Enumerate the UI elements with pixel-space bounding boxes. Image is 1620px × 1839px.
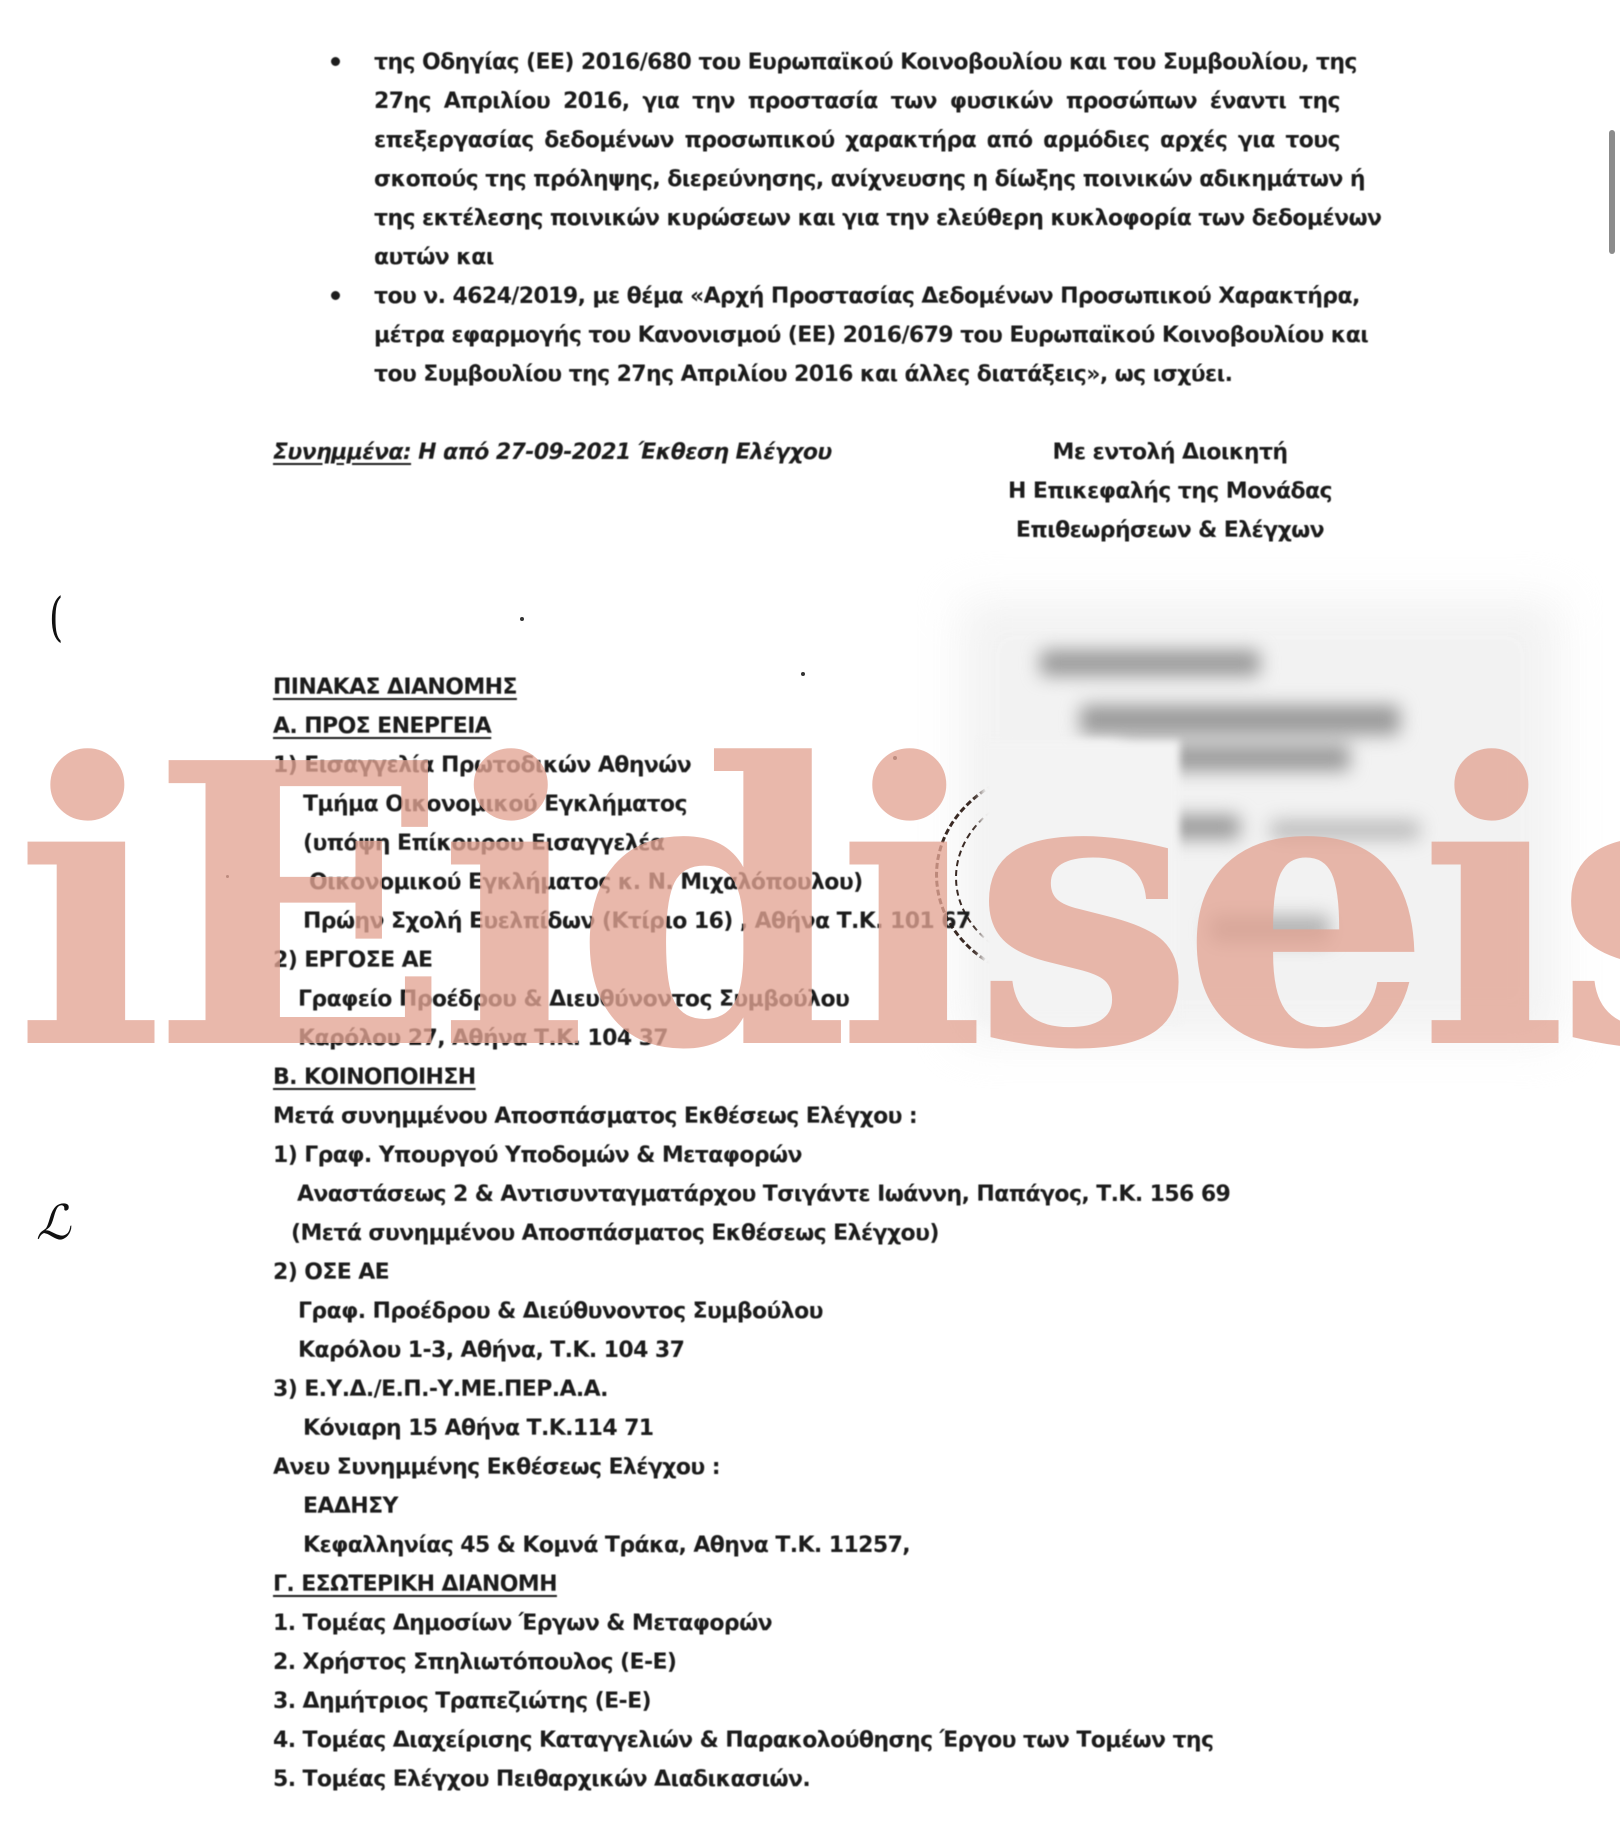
bullet-1-line: της εκτέλεσης ποινικών κυρώσεων και για …	[374, 199, 1340, 238]
recipient-line: ΕΑΔΗΣΥ	[303, 1487, 398, 1526]
recipient-line: 3) Ε.Υ.Δ./Ε.Π.-Υ.ΜΕ.ΠΕΡ.Α.Α.	[273, 1370, 608, 1409]
internal-item: 4. Τομέας Διαχείρισης Καταγγελιών & Παρα…	[273, 1721, 1213, 1760]
recipient-line: Κεφαλληνίας 45 & Κομνά Τράκα, Αθηνα Τ.Κ.…	[303, 1526, 910, 1565]
scrollbar-thumb[interactable]	[1609, 130, 1615, 254]
recipient-line: Αναστάσεως 2 & Αντισυνταγματάρχου Τσιγάν…	[297, 1175, 1230, 1214]
bullet-icon	[331, 57, 340, 66]
internal-item: 2. Χρήστος Σπηλιωτόπουλος (Ε-Ε)	[273, 1643, 676, 1682]
bullet-1-line: σκοπούς της πρόληψης, διερεύνησης, ανίχν…	[374, 160, 1340, 199]
scan-speck	[893, 756, 897, 760]
recipient-line: Καρόλου 27, Αθήνα Τ.Κ. 104 37	[298, 1019, 668, 1058]
scan-speck	[520, 617, 524, 621]
attachment-label: Συνημμένα:	[273, 440, 411, 465]
signature-line: Η Επικεφαλής της Μονάδας	[1000, 472, 1340, 511]
recipient-line: 2) ΟΣΕ ΑΕ	[273, 1253, 389, 1292]
internal-item: 5. Τομέας Ελέγχου Πειθαρχικών Διαδικασιώ…	[273, 1760, 810, 1799]
internal-item: 1. Τομέας Δημοσίων Έργων & Μεταφορών	[273, 1604, 772, 1643]
recipient-line: Πρώην Σχολή Ευελπίδων (Κτίριο 16) , Αθήν…	[303, 902, 971, 941]
recipient-line: Γραφ. Προέδρου & Διεύθυνοντος Συμβούλου	[298, 1292, 823, 1331]
internal-item: 3. Δημήτριος Τραπεζιώτης (Ε-Ε)	[273, 1682, 651, 1721]
section-c-heading: Γ. ΕΣΩΤΕΡΙΚΗ ΔΙΑΝΟΜΗ	[273, 1565, 557, 1604]
recipient-line: Οικονομικού Εγκλήματος κ. Ν. Μιχαλόπουλο…	[309, 863, 863, 902]
recipient-line: Ανευ Συνημμένης Εκθέσεως Ελέγχου :	[273, 1448, 720, 1487]
recipient-line: Γραφείο Προέδρου & Διευθύνοντος Συμβούλο…	[298, 980, 849, 1019]
recipient-line: Κόνιαρη 15 Αθήνα Τ.Κ.114 71	[303, 1409, 654, 1448]
section-a-heading: Α. ΠΡΟΣ ΕΝΕΡΓΕΙΑ	[273, 707, 491, 746]
handwritten-mark: ℒ	[36, 1195, 71, 1251]
bullet-2-line: μέτρα εφαρμογής του Κανονισμού (ΕΕ) 2016…	[374, 316, 1340, 355]
bullet-2-line: του ν. 4624/2019, με θέμα «Αρχή Προστασί…	[374, 277, 1340, 316]
scan-mark: (	[49, 588, 63, 648]
signature-block: Με εντολή Διοικητή Η Επικεφαλής της Μονά…	[1000, 433, 1340, 550]
recipient-line: Καρόλου 1-3, Αθήνα, Τ.Κ. 104 37	[298, 1331, 684, 1370]
bullet-1-line: αυτών και	[374, 238, 494, 277]
stamp-redaction	[980, 740, 1180, 1020]
recipient-line: 1) Εισαγγελία Πρωτοδικών Αθηνών	[273, 746, 691, 785]
bullet-1-line: 27ης Απριλίου 2016, για την προστασία τω…	[374, 82, 1340, 121]
scan-speck	[226, 875, 229, 878]
section-b-heading: Β. ΚΟΙΝΟΠΟΙΗΣΗ	[273, 1058, 476, 1097]
distribution-title: ΠΙΝΑΚΑΣ ΔΙΑΝΟΜΗΣ	[273, 668, 517, 707]
recipient-line: 1) Γραφ. Υπουργού Υποδομών & Μεταφορών	[273, 1136, 802, 1175]
bullet-2-line: του Συμβουλίου της 27ης Απριλίου 2016 κα…	[374, 355, 1232, 394]
recipient-line: Τμήμα Οικονομικού Εγκλήματος	[303, 785, 687, 824]
recipient-line: (υπόψη Επίκουρου Εισαγγελέα	[303, 824, 664, 863]
signature-line: Επιθεωρήσεων & Ελέγχων	[1000, 511, 1340, 550]
attachment-text: Η από 27-09-2021 Έκθεση Ελέγχου	[411, 440, 832, 465]
attachment-line: Συνημμένα: Η από 27-09-2021 Έκθεση Ελέγχ…	[273, 433, 832, 472]
document-page: της Οδηγίας (ΕΕ) 2016/680 του Ευρωπαϊκού…	[0, 0, 1620, 1839]
bullet-1-line: επεξεργασίας δεδομένων προσωπικού χαρακτ…	[374, 121, 1340, 160]
bullet-icon	[331, 291, 340, 300]
bullet-1-line: της Οδηγίας (ΕΕ) 2016/680 του Ευρωπαϊκού…	[374, 43, 1340, 82]
recipient-line: (Μετά συνημμένου Αποσπάσματος Εκθέσεως Ε…	[291, 1214, 939, 1253]
scan-speck	[801, 672, 805, 676]
signature-line: Με εντολή Διοικητή	[1000, 433, 1340, 472]
recipient-line: Μετά συνημμένου Αποσπάσματος Εκθέσεως Ελ…	[273, 1097, 917, 1136]
recipient-line: 2) ΕΡΓΟΣΕ ΑΕ	[273, 941, 432, 980]
